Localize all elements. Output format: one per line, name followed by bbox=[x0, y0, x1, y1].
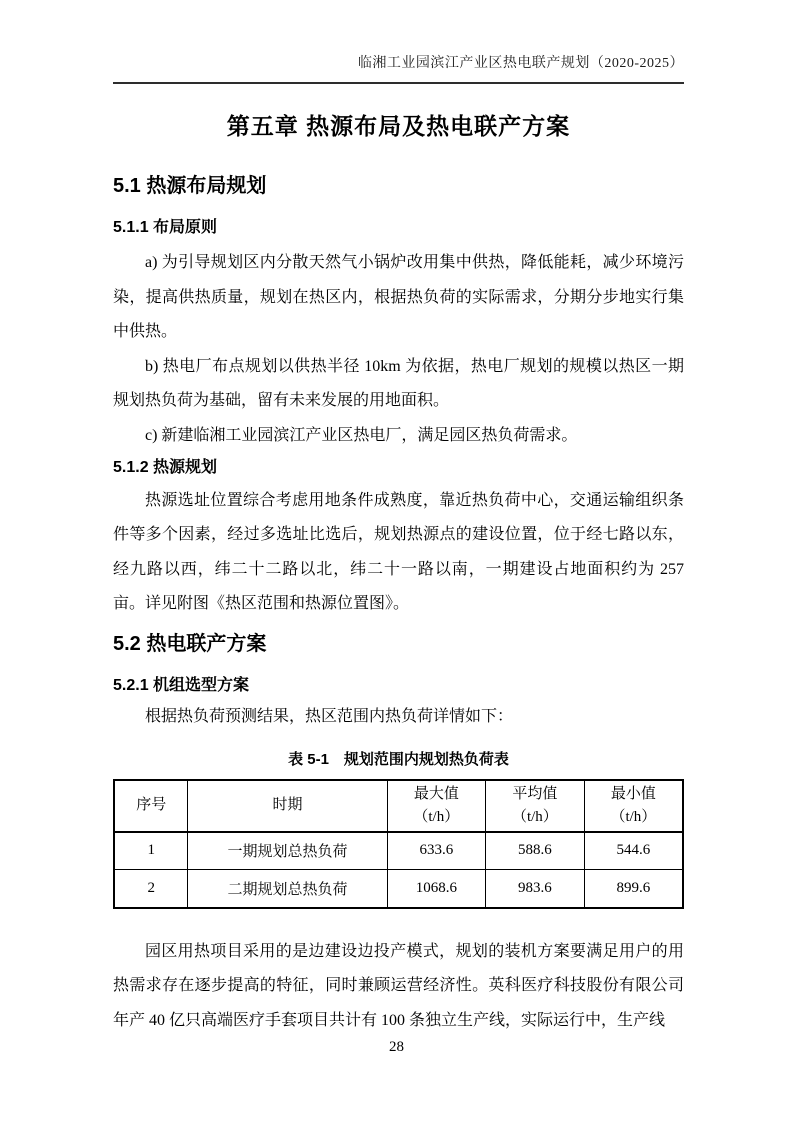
cell-index: 1 bbox=[114, 832, 188, 870]
col-header-max-label: 最大值 bbox=[388, 783, 485, 806]
col-header-index-label: 序号 bbox=[115, 794, 187, 817]
table-row-phase-2: 2 二期规划总热负荷 1068.6 983.6 899.6 bbox=[114, 870, 683, 908]
cell-index: 2 bbox=[114, 870, 188, 908]
closing-paragraph: 园区用热项目采用的是边建设边投产模式，规划的装机方案要满足用户的用热需求存在逐步… bbox=[113, 935, 684, 1039]
heading-5-2-1: 5.2.1 机组选型方案 bbox=[113, 674, 684, 698]
cell-avg: 983.6 bbox=[486, 870, 585, 908]
running-head-title: 临湘工业园滨江产业区热电联产规划（2020-2025） bbox=[113, 54, 684, 73]
paragraph-c: c) 新建临湘工业园滨江产业区热电厂，满足园区热负荷需求。 bbox=[113, 419, 684, 454]
page-number: 28 bbox=[0, 1038, 793, 1056]
col-header-avg: 平均值 （t/h） bbox=[486, 780, 585, 832]
heading-5-2: 5.2 热电联产方案 bbox=[113, 630, 684, 658]
heading-5-1: 5.1 热源布局规划 bbox=[113, 172, 684, 200]
paragraph-heat-source-siting: 热源选址位置综合考虑用地条件成熟度，靠近热负荷中心，交通运输组织条件等多个因素，… bbox=[113, 484, 684, 622]
heading-5-1-2: 5.1.2 热源规划 bbox=[113, 456, 684, 480]
page-header: 临湘工业园滨江产业区热电联产规划（2020-2025） bbox=[113, 0, 684, 84]
cell-max: 1068.6 bbox=[387, 870, 485, 908]
chapter-title: 第五章 热源布局及热电联产方案 bbox=[113, 110, 684, 142]
paragraph-table-intro: 根据热负荷预测结果，热区范围内热负荷详情如下： bbox=[113, 700, 684, 735]
col-header-min: 最小值 （t/h） bbox=[584, 780, 683, 832]
col-header-avg-label: 平均值 bbox=[486, 783, 584, 806]
paragraph-a: a) 为引导规划区内分散天然气小锅炉改用集中供热，降低能耗，减少环境污染，提高供… bbox=[113, 246, 684, 350]
cell-period: 一期规划总热负荷 bbox=[188, 832, 387, 870]
document-page: 临湘工业园滨江产业区热电联产规划（2020-2025） 第五章 热源布局及热电联… bbox=[0, 0, 793, 1122]
col-header-period: 时期 bbox=[188, 780, 387, 832]
heat-load-table: 序号 时期 最大值 （t/h） 平均值 （t/h） 最小值 （t/h） bbox=[113, 779, 684, 909]
table-row-phase-1: 1 一期规划总热负荷 633.6 588.6 544.6 bbox=[114, 832, 683, 870]
heading-5-1-1: 5.1.1 布局原则 bbox=[113, 216, 684, 240]
col-header-max: 最大值 （t/h） bbox=[387, 780, 485, 832]
table-header-row: 序号 时期 最大值 （t/h） 平均值 （t/h） 最小值 （t/h） bbox=[114, 780, 683, 832]
col-header-min-unit: （t/h） bbox=[585, 806, 682, 829]
paragraph-b: b) 热电厂布点规划以供热半径 10km 为依据，热电厂规划的规模以热区一期规划… bbox=[113, 350, 684, 419]
col-header-max-unit: （t/h） bbox=[388, 806, 485, 829]
cell-max: 633.6 bbox=[387, 832, 485, 870]
col-header-period-label: 时期 bbox=[188, 794, 386, 817]
cell-min: 899.6 bbox=[584, 870, 683, 908]
col-header-index: 序号 bbox=[114, 780, 188, 832]
cell-avg: 588.6 bbox=[486, 832, 585, 870]
cell-period: 二期规划总热负荷 bbox=[188, 870, 387, 908]
cell-min: 544.6 bbox=[584, 832, 683, 870]
table-caption: 表 5-1 规划范围内规划热负荷表 bbox=[113, 749, 684, 771]
col-header-min-label: 最小值 bbox=[585, 783, 682, 806]
col-header-avg-unit: （t/h） bbox=[486, 806, 584, 829]
